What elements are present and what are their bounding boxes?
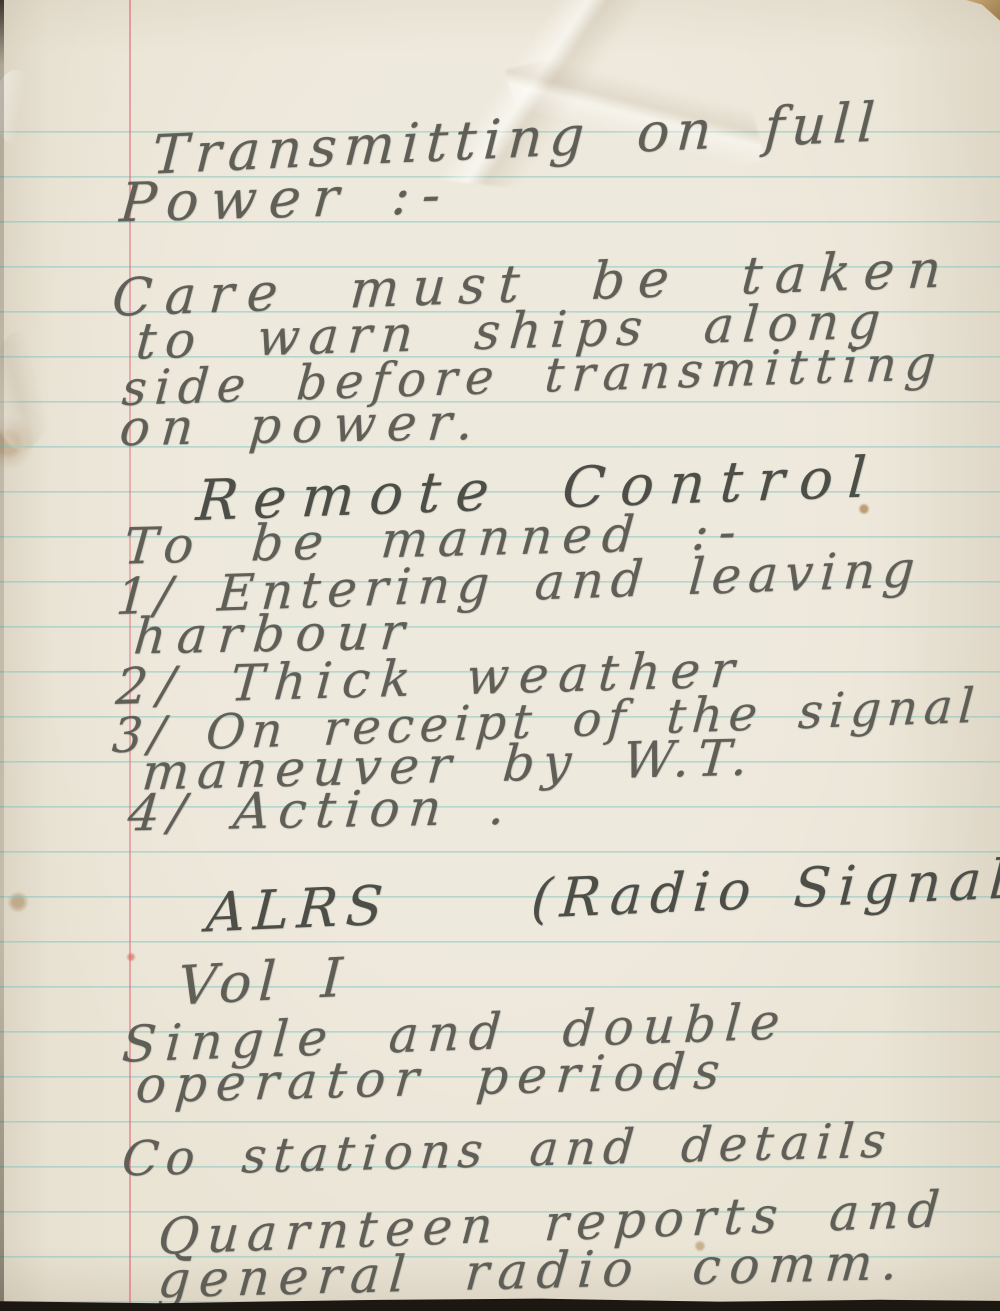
handwritten-line: operator periods <box>134 1046 731 1111</box>
notebook-page: Transmitting on full Power :- Care must … <box>0 0 1000 1311</box>
page-corner-underlay <box>960 0 1000 26</box>
handwritten-line: Power :- <box>118 168 454 231</box>
handwritten-line: 4/ Action . <box>126 782 516 839</box>
handwritten-line: Vol I <box>177 950 351 1013</box>
handwritten-line: on power. <box>118 397 486 453</box>
page-left-edge <box>0 0 4 1311</box>
